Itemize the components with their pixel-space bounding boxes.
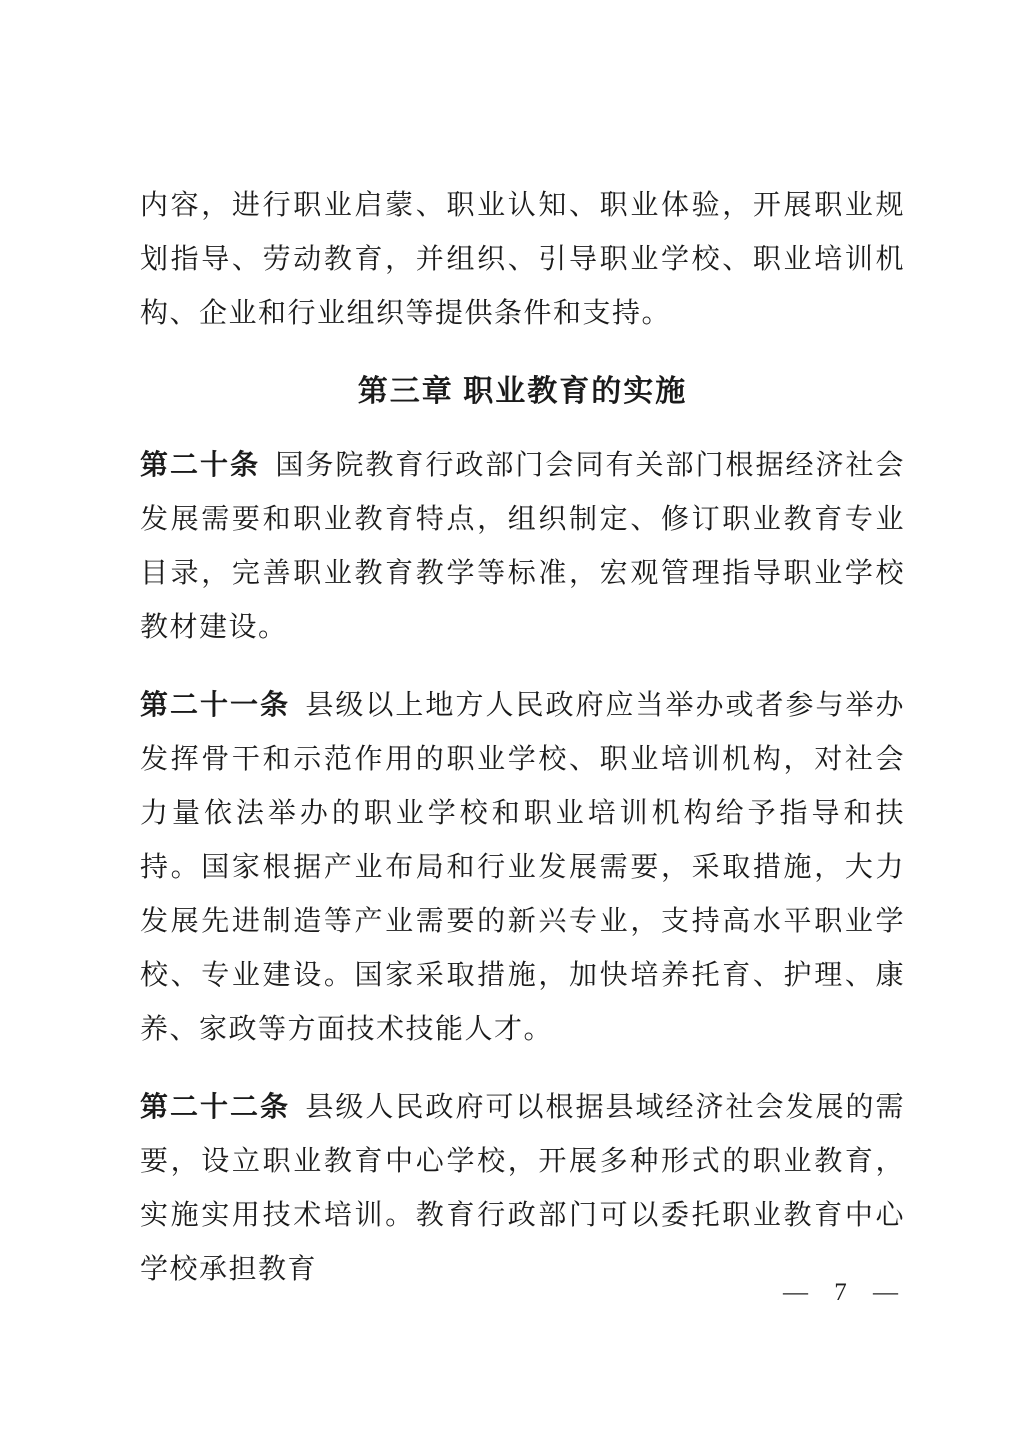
article-20-label: 第二十条 xyxy=(140,450,260,481)
article-22-paragraph: 第二十二条县级人民政府可以根据县域经济社会发展的需要，设立职业教育中心学校，开展… xyxy=(140,1081,905,1297)
continuation-paragraph: 内容，进行职业启蒙、职业认知、职业体验，开展职业规划指导、劳动教育，并组织、引导… xyxy=(140,179,905,341)
article-20-paragraph: 第二十条国务院教育行政部门会同有关部门根据经济社会发展需要和职业教育特点，组织制… xyxy=(140,439,905,655)
article-21-paragraph: 第二十一条县级以上地方人民政府应当举办或者参与举办发挥骨干和示范作用的职业学校、… xyxy=(140,679,905,1057)
document-page: 内容，进行职业启蒙、职业认知、职业体验，开展职业规划指导、劳动教育，并组织、引导… xyxy=(0,0,1024,1448)
article-22-label: 第二十二条 xyxy=(140,1092,290,1123)
article-21-label: 第二十一条 xyxy=(140,690,290,721)
article-21-text: 县级以上地方人民政府应当举办或者参与举办发挥骨干和示范作用的职业学校、职业培训机… xyxy=(140,690,905,1045)
page-content: 内容，进行职业启蒙、职业认知、职业体验，开展职业规划指导、劳动教育，并组织、引导… xyxy=(140,179,905,1321)
chapter-heading: 第三章 职业教育的实施 xyxy=(140,367,905,417)
page-number: — 7 — xyxy=(783,1279,900,1307)
